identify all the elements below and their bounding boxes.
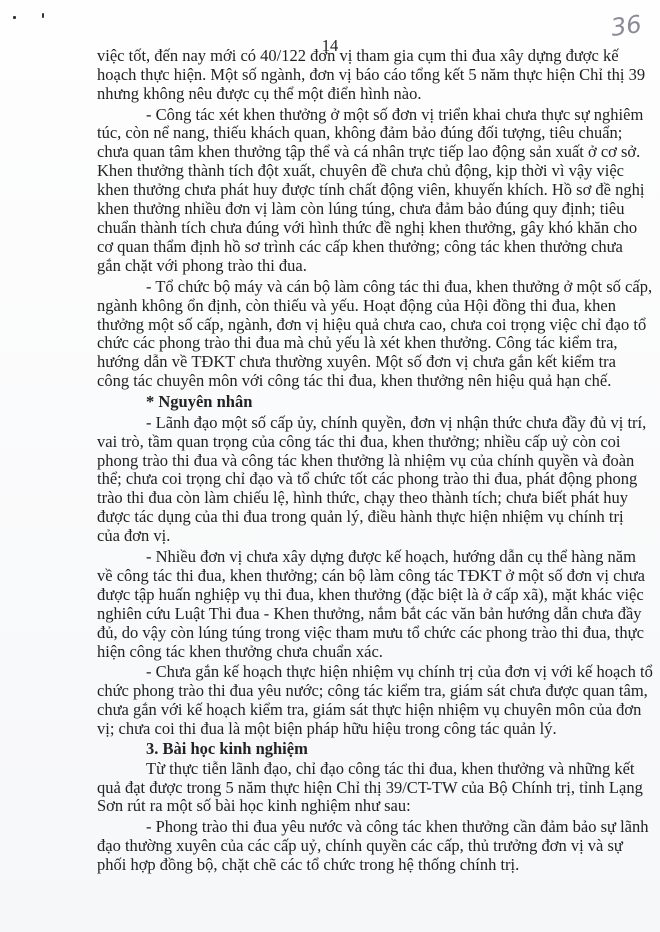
text-line: đạo thường xuyên của các cấp uỷ, chính q… bbox=[97, 836, 616, 856]
text-line: hướng dẫn về TĐKT chưa thường xuyên. Một… bbox=[97, 352, 616, 372]
text-line: nghiên cứu Luật Thi đua - Khen thưởng, n… bbox=[97, 604, 616, 624]
text-line: vị; chưa coi thi đua là một biện pháp hữ… bbox=[97, 719, 616, 739]
text-line: - Phong trào thi đua yêu nước và công tá… bbox=[146, 817, 616, 837]
text-line: hiện công tác khen thưởng chưa chuẩn xác… bbox=[97, 642, 616, 662]
text-line: Từ thực tiễn lãnh đạo, chỉ đạo công tác … bbox=[146, 759, 616, 779]
text-line: Khen thưởng thành tích đột xuất, chuyên … bbox=[97, 161, 616, 181]
text-line: chức phong trào thi đua yêu nước; công t… bbox=[97, 681, 616, 701]
section-heading: 3. Bài học kinh nghiệm bbox=[146, 739, 616, 759]
text-line: phối hợp đồng bộ, chặt chẽ các tổ chức t… bbox=[97, 855, 616, 875]
text-line: chuẩn thành tích chưa đúng với hình thức… bbox=[97, 218, 616, 238]
text-line: đủ, do vậy còn lúng túng trong việc tham… bbox=[97, 623, 616, 643]
scan-mark bbox=[13, 16, 16, 19]
text-line: - Công tác xét khen thưởng ở một số đơn … bbox=[146, 105, 616, 125]
scan-mark bbox=[42, 13, 44, 18]
text-line: của đơn vị. bbox=[97, 526, 616, 546]
text-line: - Nhiều đơn vị chưa xây dựng được kế hoạ… bbox=[146, 547, 616, 567]
text-line: phong trào thi đua và công tác khen thưở… bbox=[97, 451, 616, 471]
text-line: túc, còn nể nang, thiếu khách quan, khôn… bbox=[97, 123, 616, 143]
document-page: 36 14 việc tốt, đến nay mới có 40/122 đơ… bbox=[0, 0, 660, 932]
text-line: về công tác thi đua, khen thưởng; cán bộ… bbox=[97, 566, 616, 586]
section-heading: * Nguyên nhân bbox=[146, 392, 616, 412]
text-line: công tác chuyên môn với công tác thi đua… bbox=[97, 371, 616, 391]
text-line: cơ quan thẩm định hồ sơ trình các cấp kh… bbox=[97, 237, 616, 257]
text-line: được tập huấn nghiệp vụ thi đua, khen th… bbox=[97, 585, 616, 605]
text-line: - Lãnh đạo một số cấp ủy, chính quyền, đ… bbox=[146, 413, 616, 433]
text-line: quả đạt được trong 5 năm thực hiện Chỉ t… bbox=[97, 778, 616, 798]
text-line: nhưng không nêu được cụ thể một điển hìn… bbox=[97, 84, 616, 104]
text-line: trào thi đua còn làm chiếu lệ, hình thức… bbox=[97, 488, 616, 508]
text-line: Sơn rút ra một số bài học kinh nghiệm nh… bbox=[97, 796, 616, 816]
text-line: khen thưởng chưa phát huy được tính chất… bbox=[97, 180, 616, 200]
text-line: - Chưa gắn kế hoạch thực hiện nhiệm vụ c… bbox=[146, 662, 616, 682]
text-line: thưởng một số cấp, ngành, đơn vị hiệu qu… bbox=[97, 315, 616, 335]
text-line: vai trò, tầm quan trọng của công tác thi… bbox=[97, 432, 616, 452]
text-line: việc tốt, đến nay mới có 40/122 đơn vị t… bbox=[97, 46, 616, 66]
text-line: chưa quan tâm khen thưởng tập thể và cá … bbox=[97, 142, 616, 162]
text-line: khen thưởng nhiều đơn vị làm còn lúng tú… bbox=[97, 199, 616, 219]
text-line: - Tổ chức bộ máy và cán bộ làm công tác … bbox=[146, 277, 616, 297]
text-line: chức các phong trào thi đua mà chủ yếu l… bbox=[97, 333, 616, 353]
text-line: hoạch thực hiện. Một số ngành, đơn vị bá… bbox=[97, 65, 616, 85]
text-line: gắn chặt với phong trào thi đua. bbox=[97, 256, 616, 276]
text-line: thể; chưa coi trọng chỉ đạo và tổ chức t… bbox=[97, 469, 616, 489]
text-line: ngành không ổn định, còn thiếu và yếu. H… bbox=[97, 296, 616, 316]
text-line: được tác dụng của thi đua trong quản lý,… bbox=[97, 507, 616, 527]
text-line: chưa gắn với kế hoạch kiểm tra, giám sát… bbox=[97, 700, 616, 720]
